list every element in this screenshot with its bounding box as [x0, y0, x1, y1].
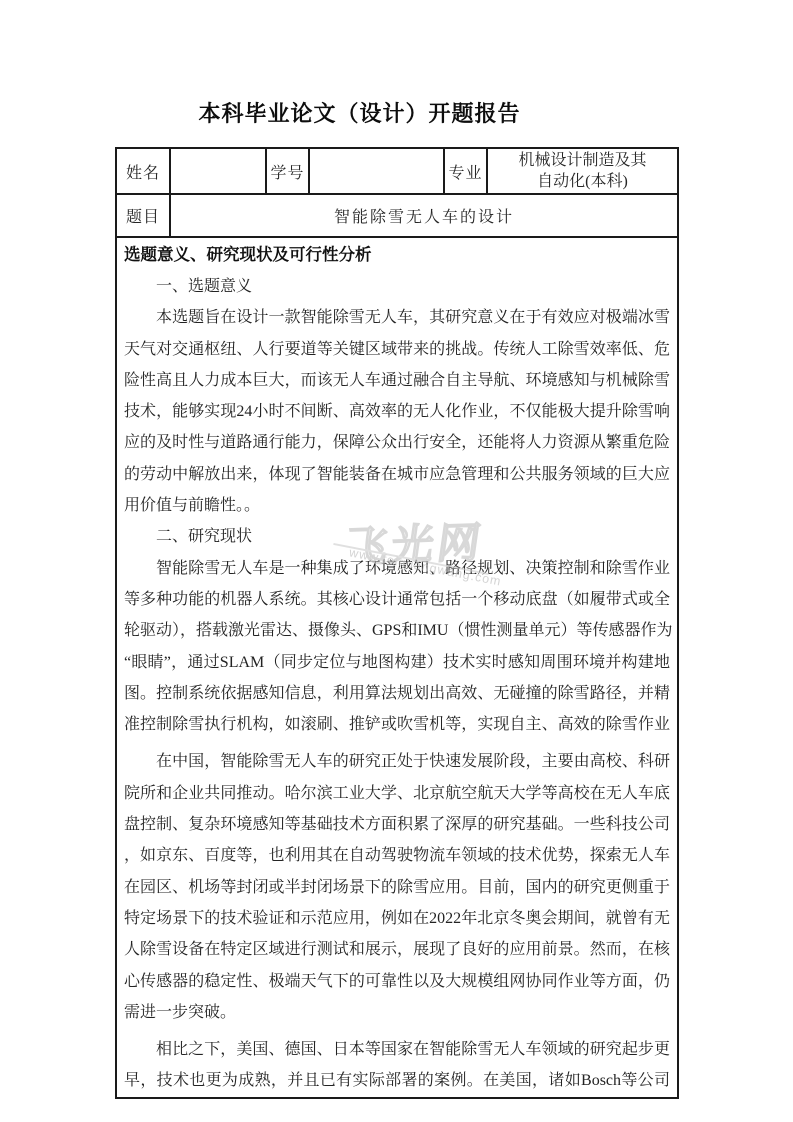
report-line: 的劳动中解放出来，体现了智能装备在城市应急管理和公共服务领域的巨大应: [124, 459, 670, 490]
topic-value-cell: 智能除雪无人车的设计: [170, 194, 678, 237]
report-line: 人除雪设备在特定区域进行测试和展示，展现了良好的应用前景。然而，在核: [124, 934, 670, 965]
report-line: 轮驱动），搭载激光雷达、摄像头、GPS和IMU（惯性测量单元）等传感器作为: [124, 615, 670, 646]
report-line: 院所和企业共同推动。哈尔滨工业大学、北京航空航天大学等高校在无人车底: [124, 778, 670, 809]
name-label: 姓名: [116, 148, 170, 194]
report-line: 等多种功能的机器人系统。其核心设计通常包括一个移动底盘（如履带式或全: [124, 584, 670, 615]
report-line: 险性高且人力成本巨大，而该无人车通过融合自主导航、环境感知与机械除雪: [124, 365, 670, 396]
report-line: 早，技术也更为成熟，并且已有实际部署的案例。在美国，诸如Bosch等公司: [124, 1065, 670, 1096]
major-value-cell: 机械设计制造及其 自动化(本科): [487, 148, 678, 194]
info-row-1: 姓名 学号 专业 机械设计制造及其 自动化(本科): [116, 148, 678, 194]
topic-label: 题目: [116, 194, 170, 237]
report-line: 在中国，智能除雪无人车的研究正处于快速发展阶段，主要由高校、科研: [124, 746, 670, 777]
report-line: 应的及时性与道路通行能力，保障公众出行安全，还能将人力资源从繁重危险: [124, 427, 670, 458]
name-value-cell: [170, 148, 266, 194]
report-blocks: 一、选题意义本选题旨在设计一款智能除雪无人车，其研究意义在于有效应对极端冰雪天气…: [124, 271, 670, 1097]
report-line: 在园区、机场等封闭或半封闭场景下的除雪应用。目前，国内的研究更侧重于: [124, 872, 670, 903]
report-subheading: 一、选题意义: [124, 271, 670, 302]
report-line: 用价值与前瞻性。。: [124, 490, 670, 521]
student-id-label: 学号: [266, 148, 309, 194]
report-line: 心传感器的稳定性、极端天气下的可靠性以及大规模组网协同作业等方面，仍: [124, 966, 670, 997]
page-title: 本科毕业论文（设计）开题报告: [0, 97, 756, 128]
major-label: 专业: [444, 148, 487, 194]
document-page: { "title": "本科毕业论文（设计）开题报告", "info_table…: [0, 0, 793, 1122]
report-body-cell: 选题意义、研究现状及可行性分析 一、选题意义本选题旨在设计一款智能除雪无人车，其…: [116, 237, 678, 1098]
report-subheading: 二、研究现状: [124, 521, 670, 552]
report-paragraph: 在中国，智能除雪无人车的研究正处于快速发展阶段，主要由高校、科研院所和企业共同推…: [124, 746, 670, 1028]
report-line: 盘控制、复杂环境感知等基础技术方面积累了深厚的研究基础。一些科技公司: [124, 809, 670, 840]
report-row: 选题意义、研究现状及可行性分析 一、选题意义本选题旨在设计一款智能除雪无人车，其…: [116, 237, 678, 1098]
section-heading: 选题意义、研究现状及可行性分析: [124, 241, 670, 271]
major-value-line1: 机械设计制造及其: [490, 150, 675, 171]
report-line: 准控制除雪执行机构，如滚刷、推铲或吹雪机等，实现自主、高效的除雪作业: [124, 709, 670, 740]
report-line: 特定场景下的技术验证和示范应用，例如在2022年北京冬奥会期间，就曾有无: [124, 903, 670, 934]
info-table: 姓名 学号 专业 机械设计制造及其 自动化(本科) 题目 智能除雪无人车的设计 …: [115, 147, 679, 1099]
major-value-line2: 自动化(本科): [490, 171, 675, 192]
report-line: 需进一步突破。: [124, 997, 670, 1028]
report-line: “眼睛”，通过SLAM（同步定位与地图构建）技术实时感知周围环境并构建地: [124, 647, 670, 678]
student-id-value-cell: [309, 148, 444, 194]
report-line: 本选题旨在设计一款智能除雪无人车，其研究意义在于有效应对极端冰雪: [124, 302, 670, 333]
report-line: 天气对交通枢纽、人行要道等关键区域带来的挑战。传统人工除雪效率低、危: [124, 334, 670, 365]
report-line: ，如京东、百度等，也利用其在自动驾驶物流车领域的技术优势，探索无人车: [124, 840, 670, 871]
report-paragraph: 相比之下，美国、德国、日本等国家在智能除雪无人车领域的研究起步更早，技术也更为成…: [124, 1034, 670, 1097]
report-paragraph: 本选题旨在设计一款智能除雪无人车，其研究意义在于有效应对极端冰雪天气对交通枢纽、…: [124, 302, 670, 521]
report-paragraph: 智能除雪无人车是一种集成了环境感知、路径规划、决策控制和除雪作业等多种功能的机器…: [124, 553, 670, 741]
report-line: 图。控制系统依据感知信息，利用算法规划出高效、无碰撞的除雪路径，并精: [124, 678, 670, 709]
report-line: 相比之下，美国、德国、日本等国家在智能除雪无人车领域的研究起步更: [124, 1034, 670, 1065]
info-row-2: 题目 智能除雪无人车的设计: [116, 194, 678, 237]
report-line: 智能除雪无人车是一种集成了环境感知、路径规划、决策控制和除雪作业: [124, 553, 670, 584]
report-line: 技术，能够实现24小时不间断、高效率的无人化作业，不仅能极大提升除雪响: [124, 396, 670, 427]
